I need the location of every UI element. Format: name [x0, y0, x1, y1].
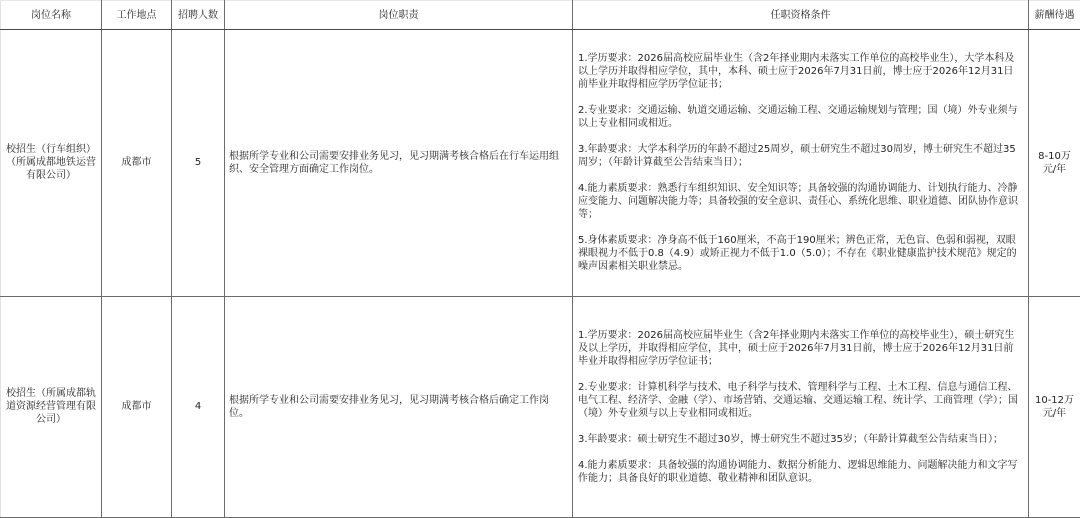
table-row: 校招生（行车组织）（所属成都地铁运营有限公司） 成都市 5 根据所学专业和公司需… — [1, 30, 1080, 297]
qualification-physical: 5.身体素质要求：净身高不低于160厘米，不高于190厘米；辨色正常，无色盲、色… — [578, 234, 1023, 273]
qualification-age: 3.年龄要求：硕士研究生不超过30岁，博士研究生不超过35岁；（年龄计算截至公告… — [578, 433, 1023, 446]
cell-headcount: 4 — [172, 296, 225, 517]
cell-position: 校招生（行车组织）（所属成都地铁运营有限公司） — [1, 30, 102, 297]
cell-location: 成都市 — [102, 296, 172, 517]
qualification-ability: 4.能力素质要求：具备较强的沟通协调能力、数据分析能力、逻辑思维能力、问题解决能… — [578, 459, 1023, 485]
header-qualifications: 任职资格条件 — [573, 1, 1029, 30]
qualification-education: 1.学历要求：2026届高校应届毕业生（含2年择业期内未落实工作单位的高校毕业生… — [578, 329, 1023, 368]
cell-qualifications: 1.学历要求：2026届高校应届毕业生（含2年择业期内未落实工作单位的高校毕业生… — [573, 30, 1029, 297]
cell-salary: 8-10万元/年 — [1029, 30, 1080, 297]
header-position: 岗位名称 — [1, 1, 102, 30]
qualification-age: 3.年龄要求：大学本科学历的年龄不超过25周岁，硕士研究生不超过30周岁，博士研… — [578, 143, 1023, 169]
qualification-major: 2.专业要求：计算机科学与技术、电子科学与技术、管理科学与工程、土木工程、信息与… — [578, 381, 1023, 420]
header-row: 岗位名称 工作地点 招聘人数 岗位职责 任职资格条件 薪酬待遇 — [1, 1, 1080, 30]
cell-headcount: 5 — [172, 30, 225, 297]
cell-qualifications: 1.学历要求：2026届高校应届毕业生（含2年择业期内未落实工作单位的高校毕业生… — [573, 296, 1029, 517]
cell-salary: 10-12万元/年 — [1029, 296, 1080, 517]
table-header: 岗位名称 工作地点 招聘人数 岗位职责 任职资格条件 薪酬待遇 — [1, 1, 1080, 30]
qualification-education: 1.学历要求：2026届高校应届毕业生（含2年择业期内未落实工作单位的高校毕业生… — [578, 52, 1023, 91]
cell-duties: 根据所学专业和公司需要安排业务见习，见习期满考核合格后确定工作岗位。 — [225, 296, 573, 517]
cell-location: 成都市 — [102, 30, 172, 297]
header-location: 工作地点 — [102, 1, 172, 30]
recruitment-table: 岗位名称 工作地点 招聘人数 岗位职责 任职资格条件 薪酬待遇 校招生（行车组织… — [0, 0, 1080, 518]
table-body: 校招生（行车组织）（所属成都地铁运营有限公司） 成都市 5 根据所学专业和公司需… — [1, 30, 1080, 518]
header-headcount: 招聘人数 — [172, 1, 225, 30]
table-row: 校招生（所属成都轨道资源经营管理有限公司） 成都市 4 根据所学专业和公司需要安… — [1, 296, 1080, 517]
qualification-major: 2.专业要求：交通运输、轨道交通运输、交通运输工程、交通运输规划与管理；国（境）… — [578, 104, 1023, 130]
cell-duties: 根据所学专业和公司需要安排业务见习，见习期满考核合格后在行车运用组织、安全管理方… — [225, 30, 573, 297]
cell-position: 校招生（所属成都轨道资源经营管理有限公司） — [1, 296, 102, 517]
header-salary: 薪酬待遇 — [1029, 1, 1080, 30]
qualification-ability: 4.能力素质要求：熟悉行车组织知识、安全知识等；具备较强的沟通协调能力、计划执行… — [578, 182, 1023, 221]
header-duties: 岗位职责 — [225, 1, 573, 30]
